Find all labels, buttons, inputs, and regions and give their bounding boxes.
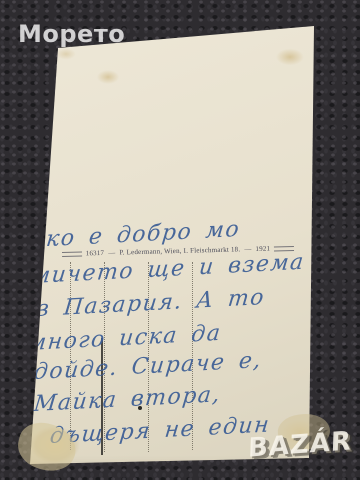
imprint-number: 16317 bbox=[86, 249, 105, 257]
watermark-moreto: Морето bbox=[18, 20, 125, 48]
handwriting-line: Майка втора, bbox=[33, 382, 223, 417]
divider-flourish-left bbox=[62, 251, 82, 257]
imprint-dash: — bbox=[244, 245, 251, 253]
imprint-year: 1921 bbox=[255, 245, 270, 253]
divider-flourish-right bbox=[274, 245, 294, 251]
address-ruling-line bbox=[70, 262, 71, 450]
imprint-dash: — bbox=[108, 249, 115, 257]
handwriting-line: дъщеря не един bbox=[49, 412, 272, 449]
